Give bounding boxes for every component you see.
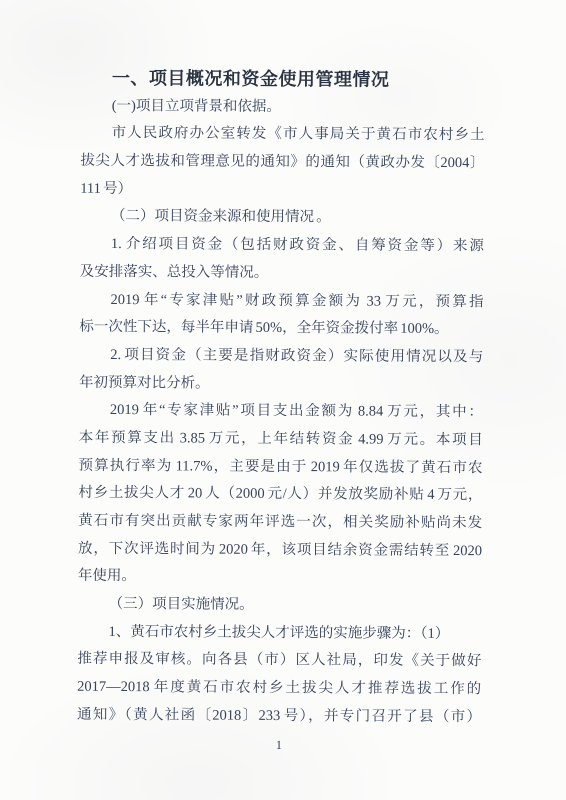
section-heading: 一、项目概况和资金使用管理情况	[81, 65, 485, 95]
text-line: (一)项目立项背景和依据。	[81, 92, 485, 122]
text-line: 2019 年“专家津贴”项目支出金额为 8.84 万元，其中：	[79, 397, 483, 427]
text-line: 预算执行率为 11.7%，主要是由于 2019 年仅选拔了黄石市农	[78, 452, 482, 482]
text-column: 一、项目概况和资金使用管理情况(一)项目立项背景和依据。市人民政府办公室转发《市…	[77, 65, 485, 761]
text-line: （二）项目资金来源和使用情况 。	[80, 203, 484, 233]
text-line: 村乡土拔尖人才 20 人（2000 元/人）并发放奖励补贴 4 万元，	[78, 480, 482, 510]
text-line: （三）项目实施情况。	[78, 591, 482, 621]
text-line: 黄石市有突出贡献专家两年评选一次，相关奖励补贴尚未发	[78, 508, 482, 538]
text-line: 本年预算支出 3.85 万元，上年结转资金 4.99 万元。本项目	[79, 425, 483, 455]
text-line: 推荐申报及审核。向各县（市）区人社局，印发《关于做好	[77, 646, 481, 676]
text-line: 年初预算对比分析。	[79, 369, 483, 399]
text-line: 年使用。	[78, 563, 482, 593]
text-line: 111 号）	[80, 176, 484, 206]
text-line: 市人民政府办公室转发《市人事局关于黄石市农村乡土	[80, 120, 484, 150]
text-line: 拔尖人才选拔和管理意见的通知》的通知（黄政办发〔2004〕	[80, 148, 484, 178]
text-line: 放，下次评选时间为 2020 年，该项目结余资金需结转至 2020	[78, 535, 482, 565]
text-line: 通知》（黄人社函〔2018〕233 号），并专门召开了县（市）	[77, 702, 481, 732]
text-line: 2019 年“专家津贴”财政预算金额为 33 万元，预算指	[79, 286, 483, 316]
text-line: 1. 介绍项目资金（包括财政资金、自筹资金等）来源	[80, 231, 484, 261]
text-line: 2. 项目资金（主要是指财政资金）实际使用情况以及与	[79, 342, 483, 372]
text-line: 1、黄石市农村乡土拔尖人才评选的实施步骤为：（1）	[77, 619, 481, 649]
text-line: 标一次性下达，每半年申请 50%，全年资金拨付率 100%。	[79, 314, 483, 344]
text-line: 及安排落实、总投入等情况。	[80, 259, 484, 289]
text-lines: 一、项目概况和资金使用管理情况(一)项目立项背景和依据。市人民政府办公室转发《市…	[77, 65, 485, 732]
text-line: 2017—2018 年度黄石市农村乡土拔尖人才推荐选拔工作的	[77, 674, 481, 704]
scanned-document-page: 一、项目概况和资金使用管理情况(一)项目立项背景和依据。市人民政府办公室转发《市…	[0, 0, 566, 800]
page-number: 1	[77, 730, 481, 760]
